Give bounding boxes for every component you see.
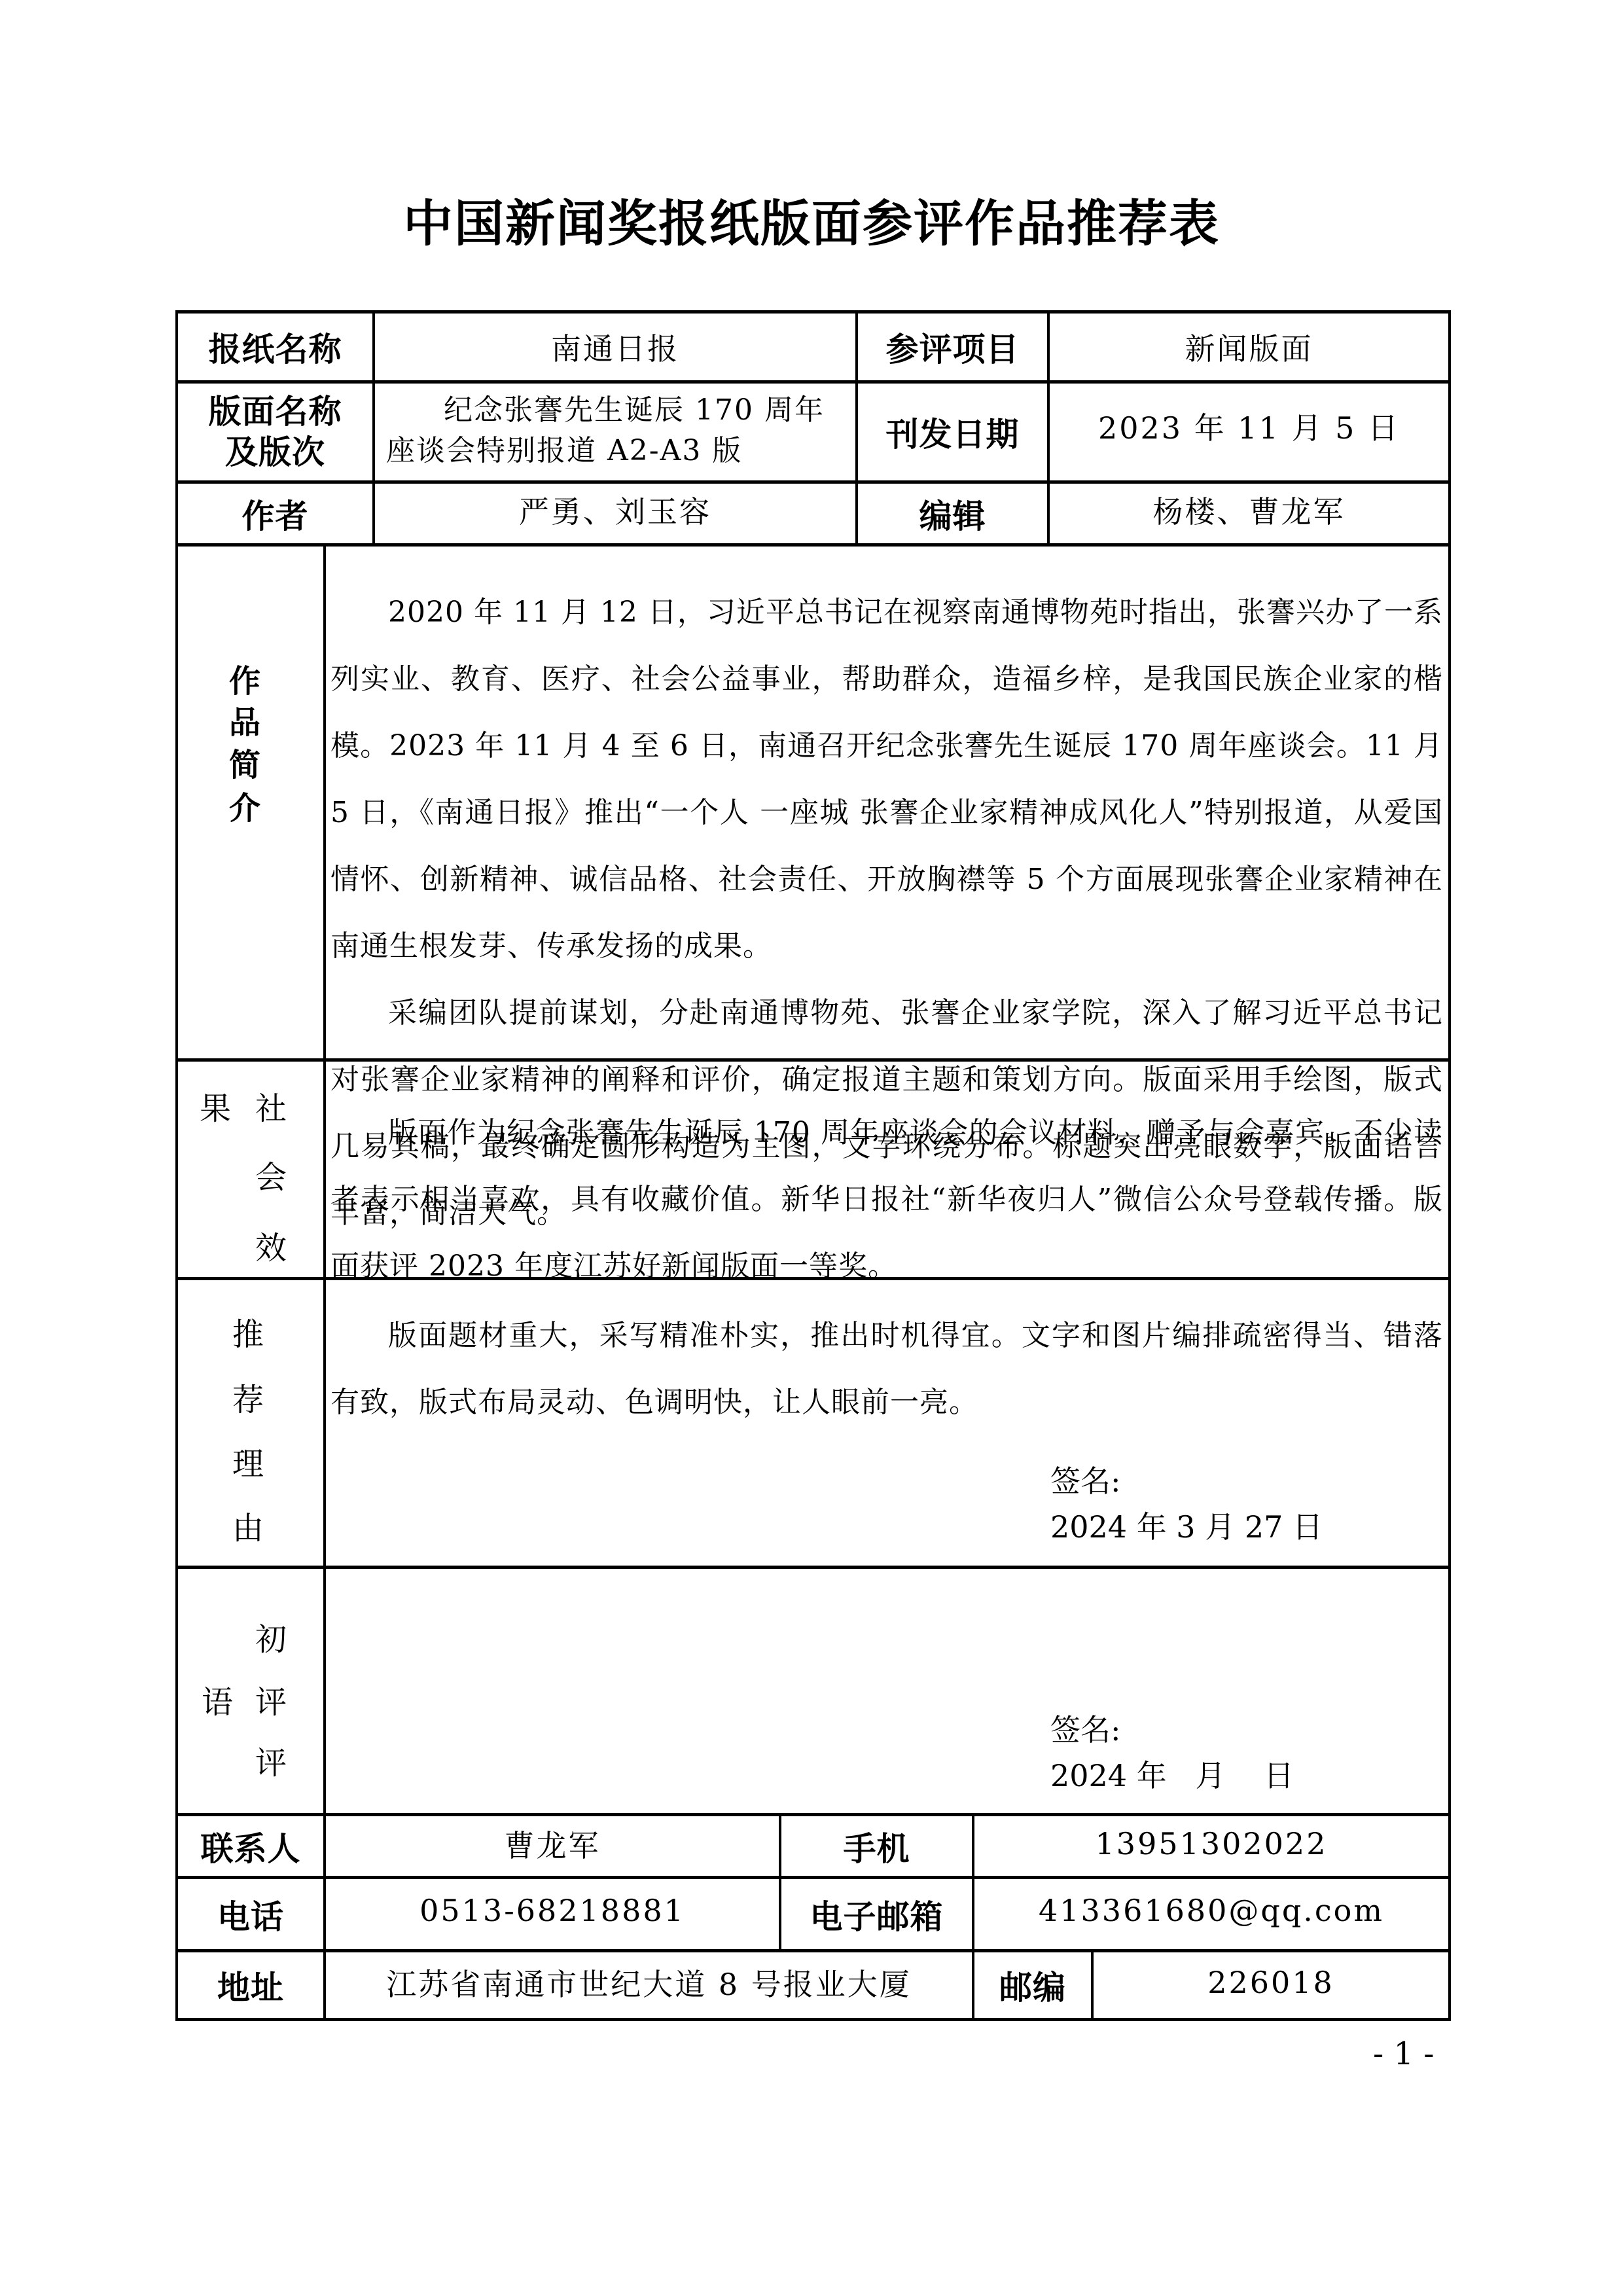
table-border-bottom: [177, 2018, 1451, 2021]
email-value: 413361680@qq.com: [974, 1879, 1448, 1942]
signature-date: 2024 年 3 月 27 日: [1050, 1504, 1323, 1550]
zipcode-value: 226018: [1094, 1952, 1448, 2013]
recommendation-paragraph: 版面题材重大，采写精准朴实，推出时机得宜。文字和图片编排疏密得当、错落有致，版式…: [330, 1302, 1443, 1436]
author-value: 严勇、刘玉容: [375, 484, 855, 536]
initial-review-label-char: 评: [255, 1677, 287, 1722]
social-effect-text: 版面作为纪念张謇先生诞辰 170 周年座谈会的会议材料，赠予与会嘉宾。不少读者表…: [330, 1100, 1443, 1300]
signature-label: 签名:: [1050, 1458, 1323, 1504]
address-label: 地址: [178, 1952, 323, 2018]
document-title: 中国新闻奖报纸版面参评作品推荐表: [0, 191, 1623, 257]
recommendation-label-char: 由: [232, 1503, 264, 1548]
publish-date-label: 刊发日期: [858, 384, 1047, 480]
phone-label: 电话: [178, 1879, 323, 1949]
signature-label: 签名:: [1050, 1707, 1294, 1753]
page-name-label: 版面名称 及版次: [178, 384, 372, 480]
page-name-value-line1: 纪念张謇先生诞辰 170 周年: [386, 390, 852, 431]
zipcode-label: 邮编: [974, 1952, 1091, 2018]
page-number: - 1 -: [1373, 2036, 1435, 2072]
publish-date-value: 2023 年 11 月 5 日: [1050, 384, 1448, 469]
email-label: 电子邮箱: [781, 1879, 972, 1949]
recommendation-label-char: 荐: [232, 1374, 264, 1420]
editor-label: 编辑: [858, 484, 1047, 543]
table-border-right: [1448, 310, 1451, 2021]
phone-value: 0513-68218881: [326, 1879, 779, 1942]
social-effect-label-char: 效: [255, 1223, 287, 1268]
social-effect-paragraph: 版面作为纪念张謇先生诞辰 170 周年座谈会的会议材料，赠予与会嘉宾。不少读者表…: [330, 1100, 1443, 1300]
address-value: 江苏省南通市世纪大道 8 号报业大厦: [326, 1952, 972, 2013]
table-border-top: [177, 310, 1451, 314]
initial-review-label-char: 语: [202, 1677, 233, 1722]
page-name-label-line2: 及版次: [225, 432, 325, 473]
summary-label-char: 品: [229, 697, 260, 742]
contact-label: 联系人: [178, 1816, 323, 1876]
page-name-label-line1: 版面名称: [209, 391, 342, 432]
initial-review-text[interactable]: [330, 1577, 1443, 1695]
row-divider: [177, 543, 1451, 547]
social-effect-label-char: 果: [200, 1083, 231, 1128]
recommendation-signature: 签名: 2024 年 3 月 27 日: [1050, 1458, 1323, 1550]
contact-value: 曹龙军: [326, 1816, 779, 1871]
summary-label-char: 简: [229, 740, 260, 785]
editor-value: 杨楼、曹龙军: [1050, 484, 1448, 536]
row-divider: [177, 1566, 1451, 1569]
summary-label-char: 介: [229, 783, 260, 828]
mobile-label: 手机: [781, 1816, 972, 1876]
summary-label-char: 作: [229, 656, 260, 701]
page-name-value-line2: 座谈会特别报道 A2-A3 版: [386, 431, 852, 471]
col-divider: [323, 543, 326, 2019]
initial-review-label-char: 评: [255, 1738, 287, 1783]
signature-date: 2024 年 月 日: [1050, 1753, 1294, 1799]
social-effect-label-char: 社: [255, 1083, 287, 1128]
page-name-value: 纪念张謇先生诞辰 170 周年 座谈会特别报道 A2-A3 版: [386, 390, 852, 471]
social-effect-label-char: 会: [255, 1152, 287, 1197]
initial-review-label-char: 初: [255, 1614, 287, 1659]
mobile-value: 13951302022: [974, 1816, 1448, 1871]
recommendation-text: 版面题材重大，采写精准朴实，推出时机得宜。文字和图片编排疏密得当、错落有致，版式…: [330, 1302, 1443, 1436]
recommendation-label-char: 推: [232, 1309, 264, 1354]
table-border-left: [175, 310, 178, 2021]
recommendation-label-char: 理: [232, 1439, 264, 1484]
summary-paragraph: 2020 年 11 月 12 日，习近平总书记在视察南通博物苑时指出，张謇兴办了…: [330, 579, 1443, 980]
author-label: 作者: [178, 484, 372, 543]
initial-review-signature: 签名: 2024 年 月 日: [1050, 1707, 1294, 1799]
